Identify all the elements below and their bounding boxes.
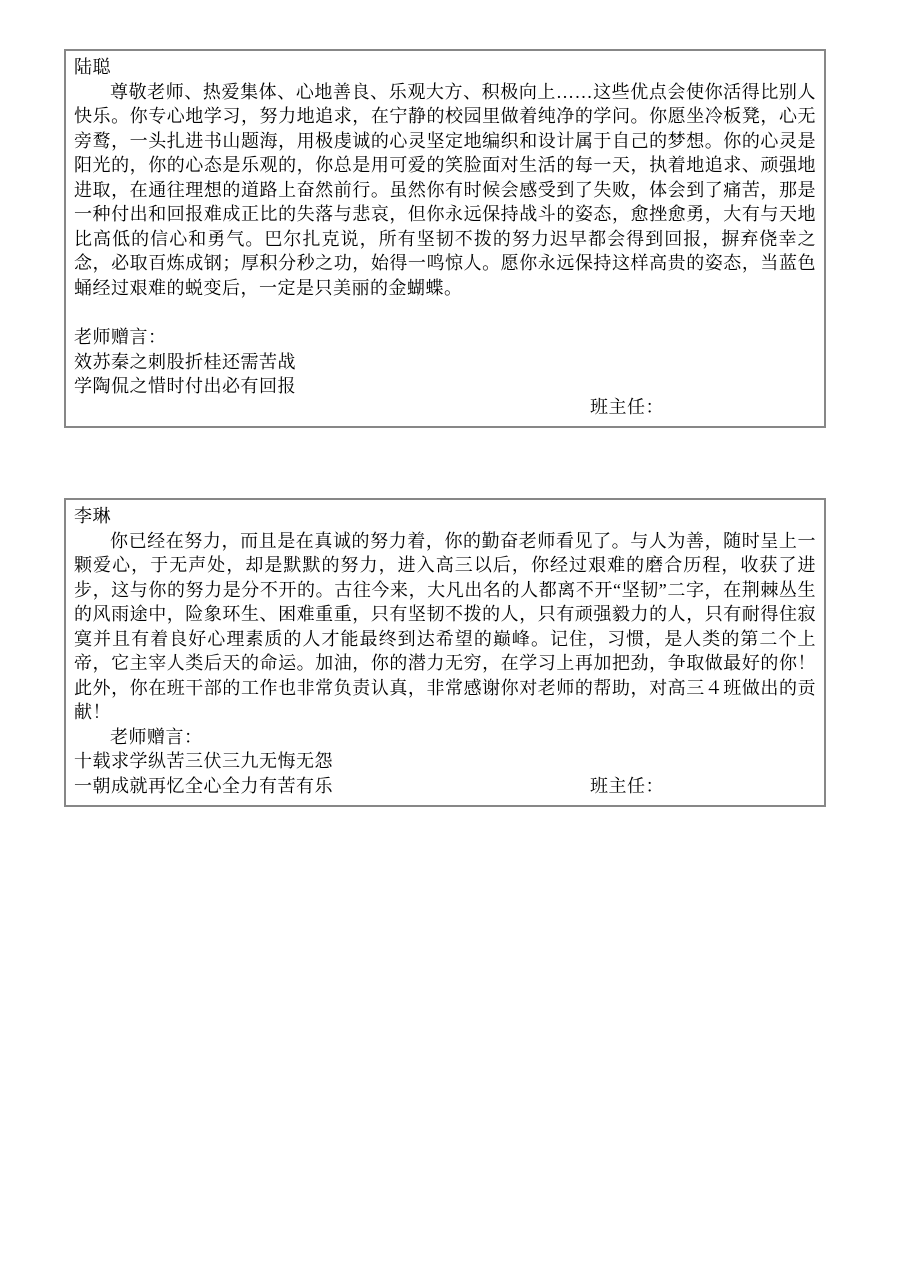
student-comment-card-2: 李琳 你已经在努力，而且是在真诚的努力着，你的勤奋老师看见了。与人为善，随时呈上… (64, 498, 826, 807)
teacher-comment: 尊敬老师、热爱集体、心地善良、乐观大方、积极向上……这些优点会使你活得比别人快乐… (74, 80, 816, 301)
head-teacher-signature-label: 班主任： (590, 774, 664, 799)
teacher-gift-block: 老师赠言： 十载求学纵苦三伏三九无悔无怨 一朝成就再忆全心全力有苦有乐 (74, 725, 816, 799)
head-teacher-signature-label: 班主任： (590, 395, 664, 420)
teacher-gift-line: 学陶侃之惜时付出必有回报 (74, 374, 816, 399)
teacher-gift-block: 老师赠言： 效苏秦之刺股折桂还需苦战 学陶侃之惜时付出必有回报 (74, 325, 816, 399)
teacher-gift-label: 老师赠言： (74, 725, 816, 750)
student-comment-card-1: 陆聪 尊敬老师、热爱集体、心地善良、乐观大方、积极向上……这些优点会使你活得比别… (64, 49, 826, 428)
teacher-gift-line: 效苏秦之刺股折桂还需苦战 (74, 350, 816, 375)
teacher-gift-line: 十载求学纵苦三伏三九无悔无怨 (74, 749, 816, 774)
teacher-gift-label: 老师赠言： (74, 325, 816, 350)
teacher-comment: 你已经在努力，而且是在真诚的努力着，你的勤奋老师看见了。与人为善，随时呈上一颗爱… (74, 529, 816, 725)
student-name: 陆聪 (74, 55, 816, 80)
student-name: 李琳 (74, 504, 816, 529)
teacher-gift-line: 一朝成就再忆全心全力有苦有乐 (74, 774, 816, 799)
